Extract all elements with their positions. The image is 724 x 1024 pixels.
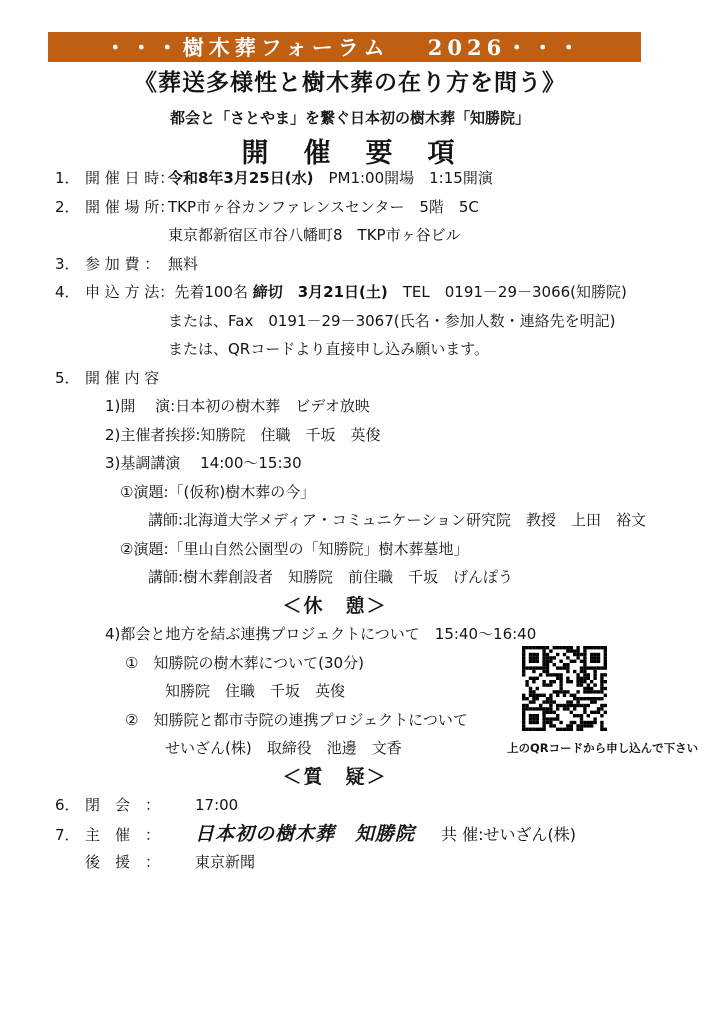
organizer-name: 日本初の樹木葬 知勝院 <box>195 823 415 845</box>
program-keynote: 3)基調講演 14:00～15:30 <box>55 449 690 478</box>
item-number: 7． <box>55 821 85 850</box>
document-body: 1．開 催 日 時：令和8年3月25日(水) PM1:00開場 1:15開演 2… <box>55 164 690 877</box>
page-title: 《葬送多様性と樹木葬の在り方を問う》 <box>0 64 700 97</box>
item-label: 開 催 場 所： <box>85 193 168 222</box>
break-divider: ＜休 憩＞ <box>55 592 615 621</box>
flyer-page: ・・・樹木葬フォーラム 2026・・・ 《葬送多様性と樹木葬の在り方を問う》 都… <box>0 0 724 1024</box>
qr-caption: 上のQRコードから申し込んで下さい <box>507 740 698 756</box>
item-label: 開 催 日 時： <box>85 164 168 193</box>
capacity: 先着100名 <box>174 283 252 301</box>
fee-value: 無料 <box>168 255 198 273</box>
item-application: 4．申 込 方 法：先着100名 締切 3月21日(土) TEL 0191－29… <box>55 278 690 307</box>
item-number: 6． <box>55 791 85 820</box>
closing-time: 17:00 <box>195 796 238 814</box>
item-closing: 6．閉 会 ：17:00 <box>55 791 690 820</box>
program-greeting: 2)主催者挨拶:知勝院 住職 千坂 英俊 <box>55 421 690 450</box>
fax-line: または、Fax 0191－29－3067(氏名・参加人数・連絡先を明記) <box>55 307 690 336</box>
qr-apply-line: または、QRコードより直接申し込み願います。 <box>55 335 690 364</box>
venue-address: 東京都新宿区市谷八幡町8 TKP市ヶ谷ビル <box>55 221 690 250</box>
deadline: 締切 3月21日(土) <box>253 283 388 301</box>
item-label: 閉 会 ： <box>85 791 195 820</box>
item-fee: 3．参 加 費 ：無料 <box>55 250 690 279</box>
item-organizer: 7．主 催 ：日本初の樹木葬 知勝院共 催:せいざん(株) <box>55 820 690 849</box>
banner: ・・・樹木葬フォーラム 2026・・・ <box>48 32 641 62</box>
tel-number: TEL 0191－29－3066(知勝院) <box>388 283 627 301</box>
item-number: 3． <box>55 250 85 279</box>
item-number: 2． <box>55 193 85 222</box>
item-label: 主 催 ： <box>85 821 195 850</box>
item-number: 1． <box>55 164 85 193</box>
item-venue: 2．開 催 場 所：TKP市ヶ谷カンファレンスセンター 5階 5C <box>55 193 690 222</box>
item-label: 参 加 費 ： <box>85 250 168 279</box>
qa-divider: ＜質 疑＞ <box>55 763 615 792</box>
program-session4: 4)都会と地方を結ぶ連携プロジェクトについて 15:40～16:40 <box>55 620 690 649</box>
banner-title: ・・・樹木葬フォーラム 2026・・・ <box>105 32 585 62</box>
venue-name: TKP市ヶ谷カンファレンスセンター 5階 5C <box>168 198 479 216</box>
item-number: 4． <box>55 278 85 307</box>
item-contents: 5．開 催 内 容 <box>55 364 690 393</box>
co-organizer: 共 催:せいざん(株) <box>441 825 576 844</box>
talk1-title: ①演題:「(仮称)樹木葬の今」 <box>55 478 690 507</box>
item-label: 後 援 ： <box>85 848 195 877</box>
event-date: 令和8年3月25日(水) <box>168 169 313 187</box>
event-time: PM1:00開場 1:15開演 <box>313 169 492 187</box>
supporter-name: 東京新聞 <box>195 853 255 871</box>
item-number: 5． <box>55 364 85 393</box>
page-subtitle: 都会と「さとやま」を繋ぐ日本初の樹木葬「知勝院」 <box>0 107 700 128</box>
program-opening: 1)開 演:日本初の樹木葬 ビデオ放映 <box>55 392 690 421</box>
qr-code <box>522 646 607 731</box>
item-label: 申 込 方 法： <box>85 283 174 301</box>
item-label: 開 催 内 容 <box>85 369 159 387</box>
talk2-title: ②演題:「里山自然公園型の「知勝院」樹木葬墓地」 <box>55 535 690 564</box>
talk2-speaker: 講師:樹木葬創設者 知勝院 前住職 千坂 げんぽう <box>55 563 690 592</box>
item-supporter: 後 援 ：東京新聞 <box>55 848 690 877</box>
item-datetime: 1．開 催 日 時：令和8年3月25日(水) PM1:00開場 1:15開演 <box>55 164 690 193</box>
talk1-speaker: 講師:北海道大学メディア・コミュニケーション研究院 教授 上田 裕文 <box>55 506 690 535</box>
